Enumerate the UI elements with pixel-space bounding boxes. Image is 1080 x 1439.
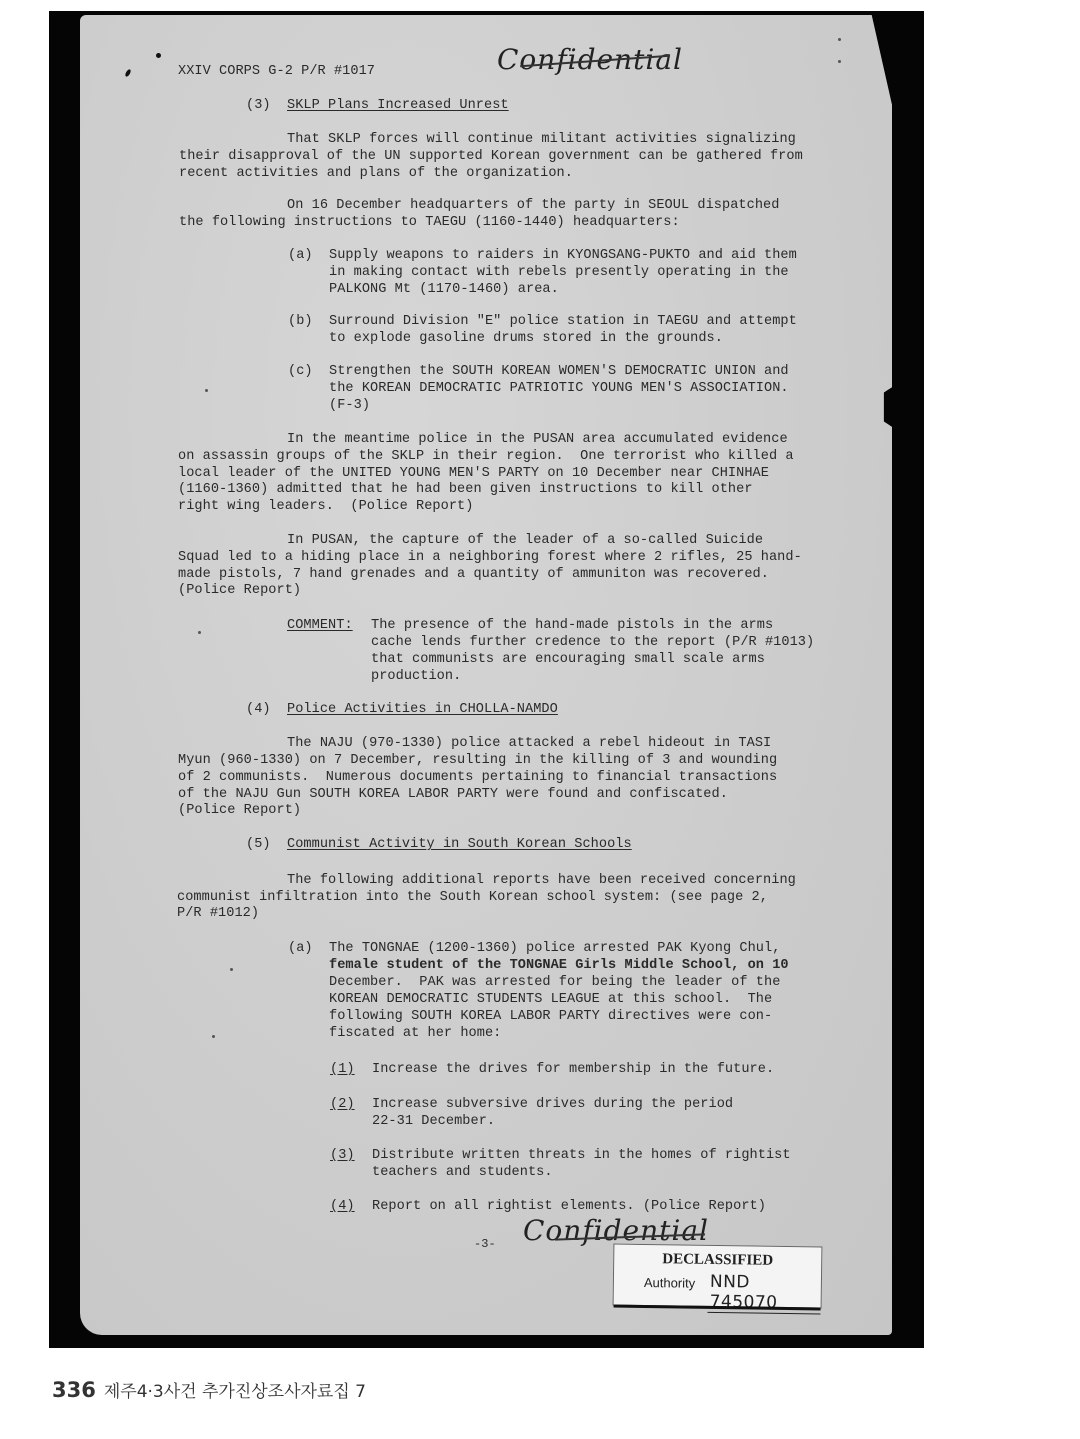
- s5-para-line: The following additional reports have be…: [287, 873, 796, 890]
- directive-3-line: teachers and students.: [372, 1165, 553, 1182]
- stamp-authority-label: Authority: [644, 1275, 696, 1291]
- s4-para-line: of the NAJU Gun SOUTH KOREA LABOR PARTY …: [178, 787, 728, 804]
- s3-item-c-line: (F-3): [329, 398, 370, 415]
- s3-item-a-label: (a): [288, 248, 313, 265]
- directive-2-line: 22-31 December.: [372, 1114, 495, 1131]
- scan-speck: [205, 389, 208, 392]
- section-3-title: SKLP Plans Increased Unrest: [287, 98, 509, 115]
- comment-label: COMMENT:: [287, 618, 353, 635]
- directive-3-label: (3): [330, 1148, 355, 1165]
- s5-item-a-label: (a): [288, 941, 313, 958]
- scan-speck: [212, 1035, 215, 1038]
- s3-para1-line: recent activities and plans of the organ…: [179, 166, 573, 183]
- s3-para4-line: In PUSAN, the capture of the leader of a…: [287, 533, 763, 550]
- stamp-title: DECLASSIFIED: [614, 1251, 821, 1271]
- s4-para-line: Myun (960-1330) on 7 December, resulting…: [178, 753, 777, 770]
- s3-para2-line: the following instructions to TAEGU (116…: [179, 215, 680, 232]
- s3-para3-line: on assassin groups of the SKLP in their …: [178, 449, 794, 466]
- s5-para-line: P/R #1012): [177, 906, 259, 923]
- s4-para-line: of 2 communists. Numerous documents pert…: [178, 770, 777, 787]
- s3-para4-line: made pistols, 7 hand grenades and a quan…: [178, 567, 769, 584]
- comment-line: that communists are encouraging small sc…: [371, 652, 765, 669]
- s5-item-a-line: KOREAN DEMOCRATIC STUDENTS LEAGUE at thi…: [329, 992, 772, 1009]
- book-footer: 336제주4·3사건 추가진상조사자료집 7: [52, 1377, 366, 1402]
- s3-para1-line: That SKLP forces will continue militant …: [287, 132, 796, 149]
- s3-item-b-line: Surround Division "E" police station in …: [329, 314, 797, 331]
- s3-para2-line: On 16 December headquarters of the party…: [287, 198, 779, 215]
- s3-item-c-label: (c): [288, 364, 313, 381]
- s5-item-a-line: fiscated at her home:: [329, 1026, 501, 1043]
- confidential-mark-bottom: Confidential: [523, 1214, 709, 1247]
- directive-2-line: Increase subversive drives during the pe…: [372, 1097, 733, 1114]
- s3-para3-line: In the meantime police in the PUSAN area…: [287, 432, 788, 449]
- s3-para3-line: (1160-1360) admitted that he had been gi…: [178, 482, 753, 499]
- book-title: 제주4·3사건 추가진상조사자료집 7: [104, 1382, 366, 1402]
- s3-para4-line: Squad led to a hiding place in a neighbo…: [178, 550, 802, 567]
- s5-item-a-line: December. PAK was arrested for being the…: [329, 975, 780, 992]
- directive-4-label: (4): [330, 1199, 355, 1216]
- s5-item-a-line: female student of the TONGNAE Girls Midd…: [329, 958, 789, 975]
- section-3-number: (3): [246, 98, 271, 115]
- comment-line: cache lends further credence to the repo…: [371, 635, 814, 652]
- s5-para-line: communist infiltration into the South Ko…: [177, 890, 768, 907]
- scan-speck: [230, 968, 233, 971]
- scan-speck: [198, 631, 201, 634]
- section-4-number: (4): [246, 702, 271, 719]
- directive-1-line: Increase the drives for membership in th…: [372, 1062, 774, 1079]
- scan-speck: [838, 38, 841, 41]
- s3-item-a-line: Supply weapons to raiders in KYONGSANG-P…: [329, 248, 797, 265]
- comment-line: The presence of the hand-made pistols in…: [371, 618, 773, 635]
- s4-para-line: (Police Report): [178, 803, 301, 820]
- s3-para1-line: their disapproval of the UN supported Ko…: [179, 149, 803, 166]
- s3-item-b-label: (b): [288, 314, 313, 331]
- ink-blot: [156, 53, 161, 58]
- s3-item-a-line: in making contact with rebels presently …: [329, 265, 789, 282]
- s3-para3-line: right wing leaders. (Police Report): [178, 499, 473, 516]
- directive-1-label: (1): [330, 1062, 355, 1079]
- s3-item-c-line: Strengthen the SOUTH KOREAN WOMEN'S DEMO…: [329, 364, 789, 381]
- directive-3-line: Distribute written threats in the homes …: [372, 1148, 791, 1165]
- section-5-number: (5): [246, 837, 271, 854]
- book-page-number: 336: [52, 1378, 96, 1402]
- s5-item-a-line: following SOUTH KOREA LABOR PARTY direct…: [329, 1009, 772, 1026]
- s3-para3-line: local leader of the UNITED YOUNG MEN'S P…: [178, 466, 769, 483]
- s3-item-a-line: PALKONG Mt (1170-1460) area.: [329, 282, 559, 299]
- section-4-title: Police Activities in CHOLLA-NAMDO: [287, 702, 558, 719]
- s4-para-line: The NAJU (970-1330) police attacked a re…: [287, 736, 771, 753]
- comment-line: production.: [371, 669, 461, 686]
- scan-speck: [838, 60, 841, 63]
- report-header: XXIV CORPS G-2 P/R #1017: [178, 64, 375, 81]
- section-5-title: Communist Activity in South Korean Schoo…: [287, 837, 632, 854]
- s3-para4-line: (Police Report): [178, 583, 301, 600]
- declassified-stamp: DECLASSIFIED Authority NND 745070: [613, 1244, 823, 1309]
- page-number: -3-: [474, 1236, 496, 1253]
- s5-item-a-line: The TONGNAE (1200-1360) police arrested …: [329, 941, 780, 958]
- s3-item-c-line: the KOREAN DEMOCRATIC PATRIOTIC YOUNG ME…: [329, 381, 789, 398]
- directive-2-label: (2): [330, 1097, 355, 1114]
- s3-item-b-line: to explode gasoline drums stored in the …: [329, 331, 723, 348]
